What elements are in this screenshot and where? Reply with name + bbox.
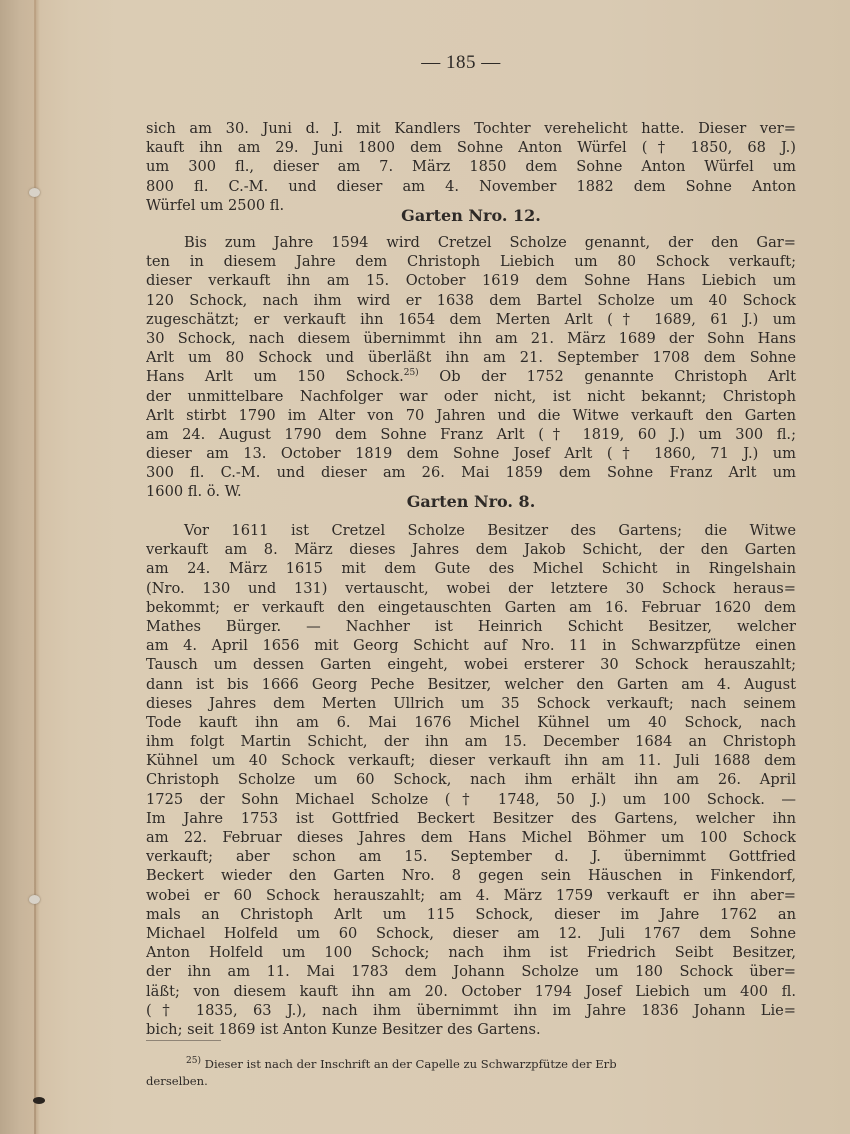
section-heading-garten-8: Garten Nro. 8. xyxy=(146,492,796,511)
text-line: Arlt um 80 Schock und überläßt ihn am 21… xyxy=(146,348,796,367)
footnote-text: Dieser ist nach der Inschrift an der Cap… xyxy=(201,1057,616,1071)
text-fragment: Hans Arlt um 150 Schock. xyxy=(146,368,404,385)
text-line: Mathes Bürger. — Nachher ist Heinrich Sc… xyxy=(146,617,796,636)
text-line: ihm folgt Martin Schicht, der ihn am 15.… xyxy=(146,732,796,751)
text-line: Vor 1611 ist Cretzel Scholze Besitzer de… xyxy=(146,521,796,540)
text-line: Bis zum Jahre 1594 wird Cretzel Scholze … xyxy=(146,233,796,252)
footnote-line: derselben. xyxy=(146,1073,616,1090)
text-line: 300 fl. C.-M. und dieser am 26. Mai 1859… xyxy=(146,463,796,482)
page-number: — 185 — xyxy=(36,52,850,74)
text-line: 800 fl. C.-M. und dieser am 4. November … xyxy=(146,177,796,196)
text-line: wobei er 60 Schock herauszahlt; am 4. Mä… xyxy=(146,886,796,905)
text-line: um 300 fl., dieser am 7. März 1850 dem S… xyxy=(146,157,796,176)
text-line: ten in diesem Jahre dem Christoph Liebic… xyxy=(146,252,796,271)
text-line: bekommt; er verkauft den eingetauschten … xyxy=(146,598,796,617)
text-line: bich; seit 1869 ist Anton Kunze Besitzer… xyxy=(146,1020,796,1039)
text-line: der unmittelbare Nachfolger war oder nic… xyxy=(146,387,796,406)
text-line: dieser am 13. October 1819 dem Sohne Jos… xyxy=(146,444,796,463)
text-line: sich am 30. Juni d. J. mit Kandlers Toch… xyxy=(146,119,796,138)
text-line: am 4. April 1656 mit Georg Schicht auf N… xyxy=(146,636,796,655)
footnote-reference[interactable]: 25) xyxy=(404,368,419,378)
text-line: (Nro. 130 und 131) vertauscht, wobei der… xyxy=(146,579,796,598)
binding-hole xyxy=(33,1097,45,1104)
text-line: 30 Schock, nach diesem übernimmt ihn am … xyxy=(146,329,796,348)
text-line: am 24. März 1615 mit dem Gute des Michel… xyxy=(146,559,796,578)
text-line: verkauft; aber schon am 15. September d.… xyxy=(146,847,796,866)
text-line: 120 Schock, nach ihm wird er 1638 dem Ba… xyxy=(146,291,796,310)
text-line: († 1835, 63 J.), nach ihm übernimmt ihn … xyxy=(146,1001,796,1020)
section-paragraph-garten-12: Bis zum Jahre 1594 wird Cretzel Scholze … xyxy=(146,233,796,502)
text-line: am 22. Februar dieses Jahres dem Hans Mi… xyxy=(146,828,796,847)
text-line: Kühnel um 40 Schock verkauft; dieser ver… xyxy=(146,751,796,770)
section-heading-garten-12: Garten Nro. 12. xyxy=(146,206,796,225)
text-line: Beckert wieder den Garten Nro. 8 gegen s… xyxy=(146,866,796,885)
text-line: 1725 der Sohn Michael Scholze († 1748, 5… xyxy=(146,790,796,809)
footnote: 25) Dieser ist nach der Inschrift an der… xyxy=(146,1056,616,1090)
text-line: verkauft am 8. März dieses Jahres dem Ja… xyxy=(146,540,796,559)
section-paragraph-garten-8: Vor 1611 ist Cretzel Scholze Besitzer de… xyxy=(146,521,796,1039)
binding-hole xyxy=(29,188,40,197)
text-fragment: Ob der 1752 genannte Christoph Arlt xyxy=(419,368,796,385)
footnote-line: 25) Dieser ist nach der Inschrift an der… xyxy=(146,1056,616,1073)
book-gutter-fold xyxy=(34,0,36,1134)
footnote-divider xyxy=(146,1040,221,1041)
footnote-marker: 25) xyxy=(186,1056,201,1066)
text-line: Anton Holfeld um 100 Schock; nach ihm is… xyxy=(146,943,796,962)
text-line: Tode kauft ihn am 6. Mai 1676 Michel Küh… xyxy=(146,713,796,732)
text-line: am 24. August 1790 dem Sohne Franz Arlt … xyxy=(146,425,796,444)
text-line: Arlt stirbt 1790 im Alter von 70 Jahren … xyxy=(146,406,796,425)
text-line: dieses Jahres dem Merten Ullrich um 35 S… xyxy=(146,694,796,713)
text-line: zugeschätzt; er verkauft ihn 1654 dem Me… xyxy=(146,310,796,329)
text-line: kauft ihn am 29. Juni 1800 dem Sohne Ant… xyxy=(146,138,796,157)
text-line: Michael Holfeld um 60 Schock, dieser am … xyxy=(146,924,796,943)
text-line: Christoph Scholze um 60 Schock, nach ihm… xyxy=(146,770,796,789)
text-line: mals an Christoph Arlt um 115 Schock, di… xyxy=(146,905,796,924)
text-line: dieser verkauft ihn am 15. October 1619 … xyxy=(146,271,796,290)
binding-hole xyxy=(29,895,40,904)
text-line: Im Jahre 1753 ist Gottfried Beckert Besi… xyxy=(146,809,796,828)
text-line: der ihn am 11. Mai 1783 dem Johann Schol… xyxy=(146,962,796,981)
text-line: Tausch um dessen Garten eingeht, wobei e… xyxy=(146,655,796,674)
continuation-paragraph: sich am 30. Juni d. J. mit Kandlers Toch… xyxy=(146,119,796,215)
text-line: dann ist bis 1666 Georg Peche Besitzer, … xyxy=(146,675,796,694)
text-line-with-footnote: Hans Arlt um 150 Schock.25) Ob der 1752 … xyxy=(146,367,796,386)
text-line: läßt; von diesem kauft ihn am 20. Octobe… xyxy=(146,982,796,1001)
